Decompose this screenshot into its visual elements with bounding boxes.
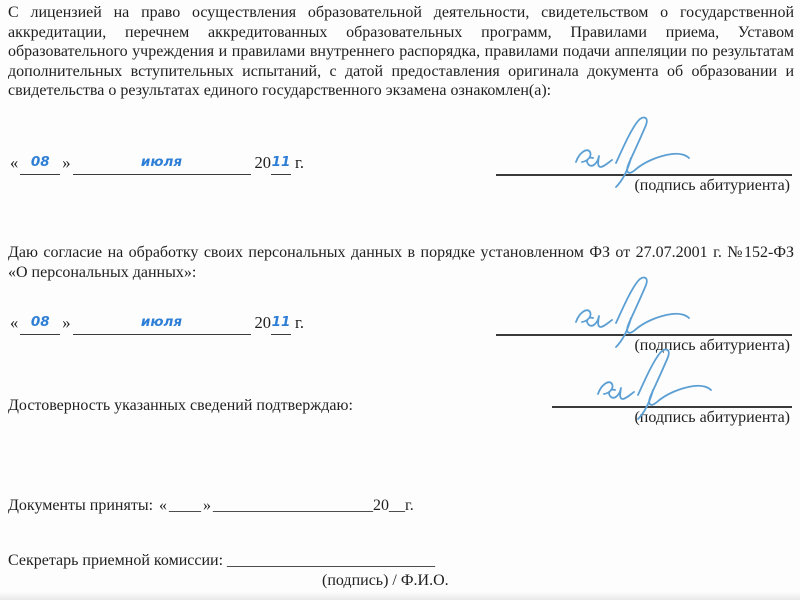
day-field-2[interactable]: 08 bbox=[20, 312, 60, 335]
month-field-2[interactable]: июля bbox=[73, 312, 251, 335]
documents-accepted-label: Документы приняты: bbox=[8, 497, 153, 514]
secretary-row: Секретарь приемной комиссии: ___________… bbox=[8, 552, 435, 570]
day-field-1[interactable]: 08 bbox=[20, 152, 60, 175]
docs-year-prefix: 20 bbox=[373, 497, 389, 514]
accuracy-confirmation-label: Достоверность указанных сведений подтвер… bbox=[8, 397, 353, 415]
year-field-2[interactable]: 11 bbox=[271, 312, 291, 335]
open-quote: « bbox=[10, 153, 18, 172]
docs-year-suffix: г. bbox=[405, 497, 414, 514]
secretary-signature-caption: (подпись) / Ф.И.О. bbox=[322, 572, 449, 590]
license-familiarization-paragraph: С лицензией на право осуществления образ… bbox=[8, 3, 794, 101]
admission-form-document: С лицензией на право осуществления образ… bbox=[0, 0, 800, 600]
year-field-1[interactable]: 11 bbox=[271, 152, 291, 175]
signature-block-1: (подпись абитуриента) bbox=[496, 122, 792, 195]
date-row-2: «08»июля2011г. bbox=[8, 312, 304, 335]
date-row-1: «08»июля2011г. bbox=[8, 152, 304, 175]
day-value-2: 08 bbox=[31, 311, 50, 333]
year-value-1: 11 bbox=[272, 151, 291, 173]
secretary-signature-blank[interactable]: __________________________ bbox=[227, 552, 435, 569]
year-prefix-1: 20 bbox=[255, 153, 272, 172]
close-quote: » bbox=[62, 313, 70, 332]
month-value-1: июля bbox=[141, 151, 182, 173]
applicant-signature bbox=[566, 112, 716, 190]
year-suffix-2: г. bbox=[295, 313, 304, 332]
day-value-1: 08 bbox=[31, 151, 50, 173]
month-field-1[interactable]: июля bbox=[73, 152, 251, 175]
year-suffix-1: г. bbox=[295, 153, 304, 172]
open-quote: « bbox=[159, 497, 167, 514]
year-prefix-2: 20 bbox=[255, 313, 272, 332]
signature-block-3: (подпись абитуриента) bbox=[552, 354, 792, 427]
applicant-signature bbox=[566, 272, 716, 350]
signature-line-1[interactable] bbox=[496, 122, 792, 176]
documents-accepted-row: Документы приняты: «____»_______________… bbox=[8, 497, 414, 515]
secretary-label: Секретарь приемной комиссии: bbox=[8, 552, 223, 569]
docs-day-blank[interactable]: ____ bbox=[169, 497, 201, 514]
signature-line-2[interactable] bbox=[496, 282, 792, 336]
applicant-signature bbox=[588, 344, 738, 422]
docs-year-blank[interactable]: __ bbox=[389, 497, 405, 514]
month-value-2: июля bbox=[141, 311, 182, 333]
docs-month-blank[interactable]: ____________________ bbox=[213, 497, 373, 514]
signature-line-3[interactable] bbox=[552, 354, 792, 408]
year-value-2: 11 bbox=[272, 311, 291, 333]
open-quote: « bbox=[10, 313, 18, 332]
close-quote: » bbox=[62, 153, 70, 172]
close-quote: » bbox=[203, 497, 211, 514]
